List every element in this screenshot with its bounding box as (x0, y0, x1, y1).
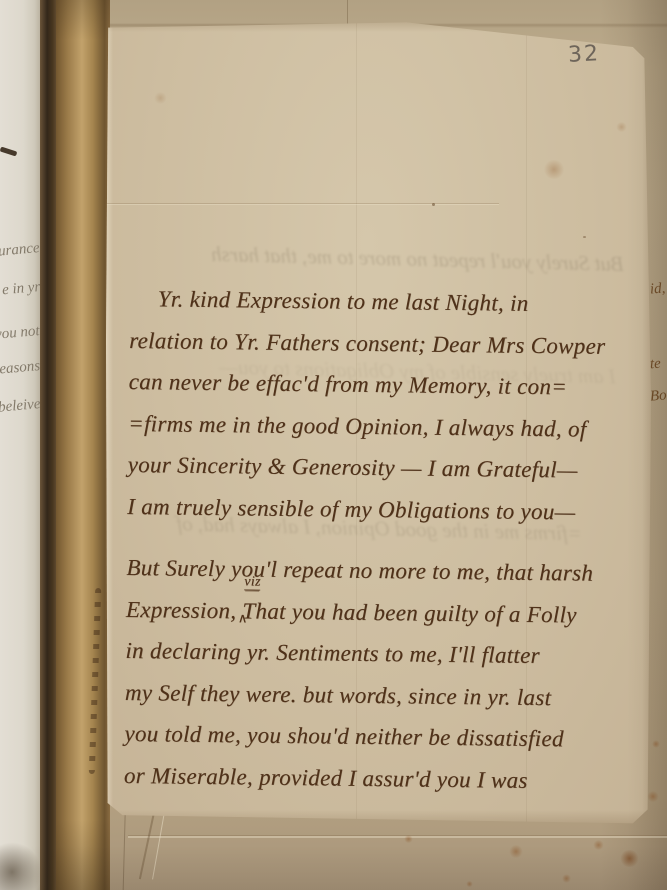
letter-page: 32 But Surely you'l repeat no more to me… (106, 18, 652, 824)
letter-line: can never be effac'd from my Memory, it … (128, 361, 636, 409)
foxing-spot (466, 881, 473, 887)
adjacent-page-fragment: te (649, 356, 661, 374)
letter-line: Yr. kind Expression to me last Night, in (129, 278, 637, 326)
letter-line-text: Expression, That you had been guilty of … (126, 596, 577, 627)
facing-page-fragment: you not (0, 323, 41, 344)
letter-line: in declaring yr. Sentiments to me, I'll … (125, 630, 633, 678)
foxing-spot (616, 122, 627, 132)
facing-page-fragment: e Assurance (0, 240, 41, 263)
gutter-page-roll (56, 0, 110, 890)
folio-number: 32 (567, 41, 600, 68)
letter-line: my Self they were. but words, since in y… (125, 671, 633, 719)
facing-page-fragment: reasons (0, 358, 41, 379)
adjacent-page-edge: id, te Bo (649, 0, 667, 890)
adjacent-page-fragment: Bo (649, 387, 667, 405)
letter-line: I am truely sensible of my Obligations t… (127, 485, 635, 533)
letter-line: you told me, you shou'd neither be dissa… (124, 713, 632, 761)
foxing-spot (154, 92, 167, 104)
foxing-spot (593, 840, 604, 850)
letter-line: Expression, That you had been guilty of … (126, 588, 634, 636)
foxing-spot (509, 845, 523, 858)
paper-seam (347, 0, 348, 26)
facing-page-edge: e Assurance e in yr you not reasons bele… (0, 0, 42, 890)
ink-slash-mark (0, 146, 17, 156)
letter-paragraph: But Surely you'l repeat no more to me, t… (124, 547, 635, 802)
foxing-spot (620, 850, 639, 867)
letter-line: or Miserable, provided I assur'd you I w… (124, 754, 632, 802)
interlinear-insertion: viz (244, 575, 261, 590)
letter-line: your Sincerity & Generosity — I am Grate… (127, 444, 635, 492)
foxing-spot (543, 160, 565, 179)
adjacent-page-fragment: id, (649, 280, 666, 298)
letter-paragraph: Yr. kind Expression to me last Night, in… (127, 278, 638, 533)
ink-speck (432, 203, 435, 206)
letter-body: Yr. kind Expression to me last Night, in… (124, 278, 638, 802)
foxing-spot (404, 835, 413, 843)
insertion-caret: ∧ (238, 611, 246, 624)
fold-crease (106, 203, 499, 205)
fold-crease (128, 835, 667, 838)
letter-line: But Surely you'l repeat no more to me, t… (126, 547, 634, 595)
manuscript-photo: id, te Bo e Assurance e in yr you not re… (0, 0, 667, 890)
facing-page-fragment: e in yr (1, 279, 41, 299)
foxing-spot (562, 874, 571, 883)
letter-line: relation to Yr. Fathers consent; Dear Mr… (129, 319, 637, 367)
facing-page-fragment: beleive (0, 396, 41, 417)
ink-speck (583, 236, 586, 238)
letter-line: =firms me in the good Opinion, I always … (128, 402, 636, 450)
